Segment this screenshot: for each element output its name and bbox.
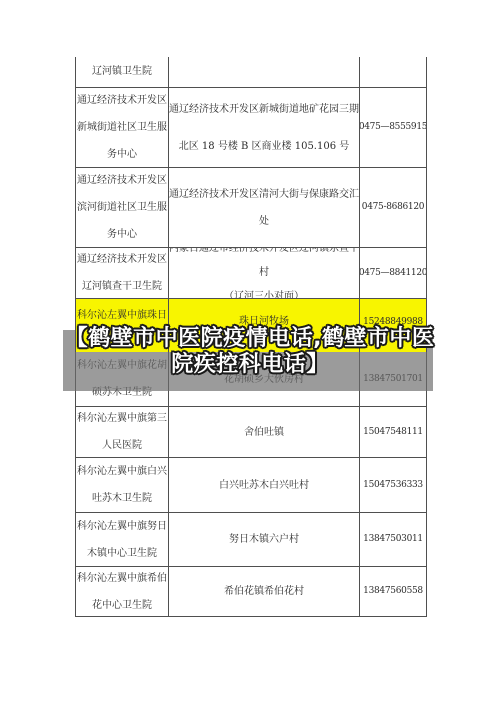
table-row: 通辽经济技术开发区 新城街道社区卫生服 务中心通辽经济技术开发区新城街道地矿花园… (76, 88, 426, 168)
watermark-line1: 【鹤壁市中医院疫情电话,鹤壁市中医 (0, 326, 500, 352)
address-cell: 希伯花镇希伯花村 (169, 567, 360, 616)
address-cell: 白兴吐苏木白兴吐村 (169, 458, 360, 512)
address-cell: 努日木镇六户村 (169, 513, 360, 566)
facility-name-cell: 通辽经济技术开发区 滨河街道社区卫生服 务中心 (76, 168, 169, 247)
phone-cell: 13847503011 (360, 513, 426, 566)
phone-cell: 13847560558 (360, 567, 426, 616)
phone-cell: 15047548111 (360, 407, 426, 457)
table-row: 科尔沁左翼中旗第三 人民医院舍伯吐镇15047548111 (76, 407, 426, 458)
facility-name-cell: 辽河镇卫生院 (76, 57, 169, 87)
table-row: 科尔沁左翼中旗努日 木镇中心卫生院努日木镇六户村13847503011 (76, 513, 426, 567)
address-cell: 通辽经济技术开发区清河大街与保康路交汇处 (169, 168, 360, 247)
facility-name-cell: 科尔沁左翼中旗努日 木镇中心卫生院 (76, 513, 169, 566)
table-row: 科尔沁左翼中旗白兴 吐苏木卫生院白兴吐苏木白兴吐村15047536333 (76, 458, 426, 513)
table-row: 辽河镇卫生院 (76, 57, 426, 88)
facility-name-cell: 通辽经济技术开发区 辽河镇查干卫生院 (76, 248, 169, 298)
page: 辽河镇卫生院通辽经济技术开发区 新城街道社区卫生服 务中心通辽经济技术开发区新城… (0, 0, 500, 706)
address-cell: 舍伯吐镇 (169, 407, 360, 457)
phone-cell: 15047536333 (360, 458, 426, 512)
facility-name-cell: 科尔沁左翼中旗第三 人民医院 (76, 407, 169, 457)
address-cell: 内蒙古通辽市经济技术开发区辽河镇东查干村 （辽河三小对面） (169, 248, 360, 298)
table-row: 通辽经济技术开发区 辽河镇查干卫生院内蒙古通辽市经济技术开发区辽河镇东查干村 （… (76, 248, 426, 299)
phone-cell (360, 57, 426, 87)
watermark-line2: 院疾控科电话】 (0, 352, 500, 378)
table-row: 科尔沁左翼中旗希伯 花中心卫生院希伯花镇希伯花村13847560558 (76, 567, 426, 617)
facility-name-cell: 通辽经济技术开发区 新城街道社区卫生服 务中心 (76, 88, 169, 167)
phone-cell: 0475—8841120 (360, 248, 426, 298)
watermark-text: 【鹤壁市中医院疫情电话,鹤壁市中医 院疾控科电话】 (0, 326, 500, 378)
address-cell (169, 57, 360, 87)
phone-cell: 0475—8555915 (360, 88, 426, 167)
facility-name-cell: 科尔沁左翼中旗希伯 花中心卫生院 (76, 567, 169, 616)
facility-name-cell: 科尔沁左翼中旗白兴 吐苏木卫生院 (76, 458, 169, 512)
phone-cell: 0475-8686120 (360, 168, 426, 247)
address-cell: 通辽经济技术开发区新城街道地矿花园三期 北区 18 号楼 B 区商业楼 105.… (169, 88, 360, 167)
table-row: 通辽经济技术开发区 滨河街道社区卫生服 务中心通辽经济技术开发区清河大街与保康路… (76, 168, 426, 248)
